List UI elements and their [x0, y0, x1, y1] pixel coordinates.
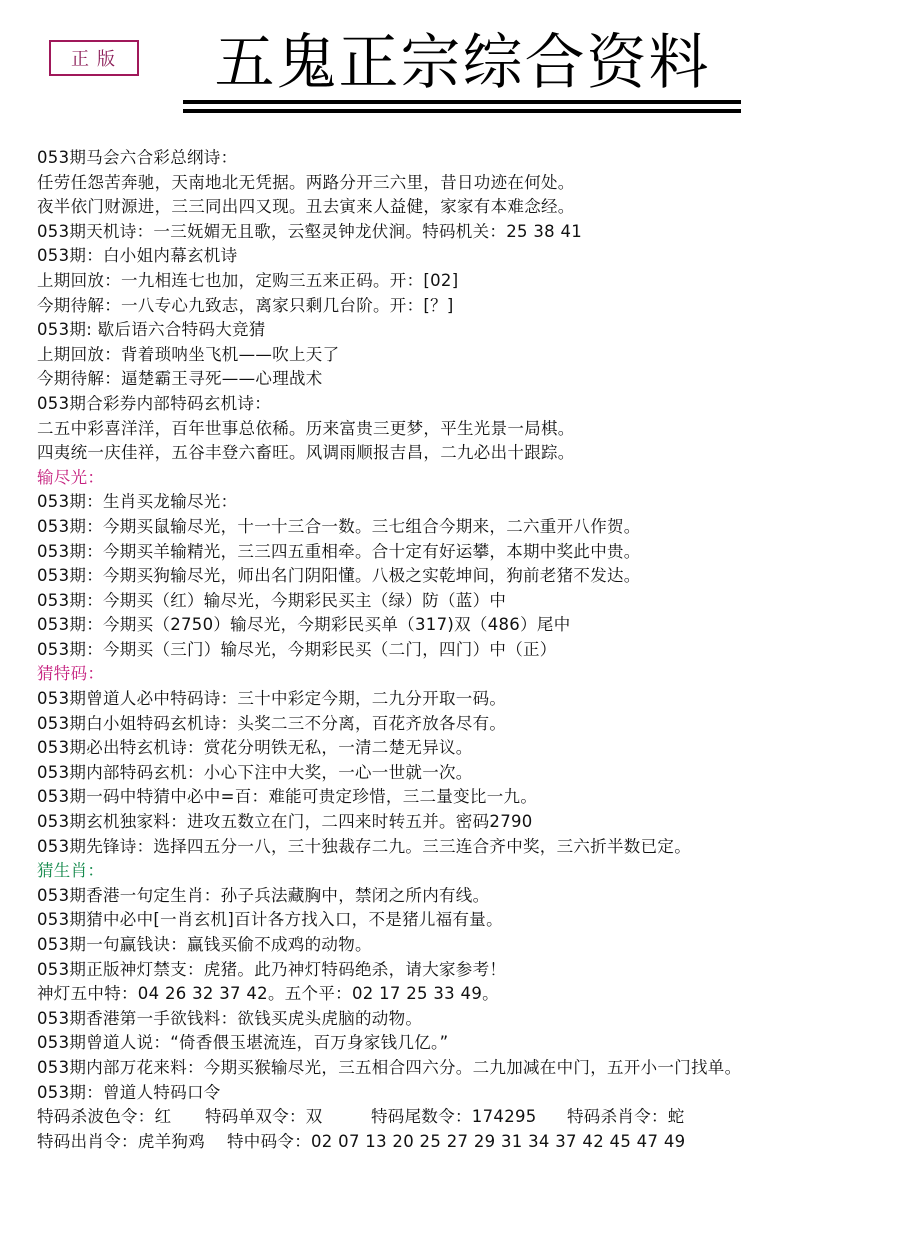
text-line: 053期正版神灯禁支：虎猪。此乃神灯特码绝杀，请大家参考！: [37, 958, 887, 983]
text-line: 四夷统一庆佳祥，五谷丰登六畜旺。风调雨顺报吉昌，二九必出十跟踪。: [37, 441, 887, 466]
text-line: 053期先锋诗：选择四五分一八，三十独裁存二九。三三连合齐中奖，三六折半数已定。: [37, 835, 887, 860]
text-line: 053期猜中必中[一肖玄机]百计各方找入口，不是猪儿福有量。: [37, 908, 887, 933]
text-line: 053期：今期买羊输精光，三三四五重相牵。合十定有好运攀，本期中奖此中贵。: [37, 540, 887, 565]
page-title: 五鬼正宗综合资料: [185, 28, 740, 98]
text-line: 053期：今期买（红）输尽光，今期彩民买主（绿）防（蓝）中: [37, 589, 887, 614]
command-item: 特码杀肖令：蛇: [567, 1105, 717, 1130]
text-line: 053期玄机独家料：进攻五数立在门，二四来时转五并。密码2790: [37, 810, 887, 835]
text-line: 053期曾道人必中特码诗：三十中彩定今期，二九分开取一码。: [37, 687, 887, 712]
text-line: 神灯五中特：04 26 32 37 42。五个平：02 17 25 33 49。: [37, 982, 887, 1007]
text-line: 053期内部万花来料：今期买猴输尽光，三五相合四六分。二九加减在中门，五开小一门…: [37, 1056, 887, 1081]
text-line: 今期待解：一八专心九致志，离家只剩几台阶。开：[？]: [37, 294, 887, 319]
command-item: 特中码令：02 07 13 20 25 27 29 31 34 37 42 45…: [227, 1130, 787, 1155]
text-line: 上期回放：一九相连七也加，定购三五来正码。开：[02]: [37, 269, 887, 294]
command-row: 特码杀波色令：红特码单双令：双特码尾数令：174295特码杀肖令：蛇: [37, 1105, 887, 1130]
text-line: 今期待解：逼楚霸王寻死——心理战术: [37, 367, 887, 392]
text-line: 053期香港第一手欲钱料：欲钱买虎头虎脑的动物。: [37, 1007, 887, 1032]
text-line: 053期一句赢钱诀：赢钱买偷不成鸡的动物。: [37, 933, 887, 958]
official-badge: 正版: [49, 40, 139, 76]
text-line: 053期：白小姐内幕玄机诗: [37, 244, 887, 269]
text-line: 053期合彩券内部特码玄机诗：: [37, 392, 887, 417]
text-line: 053期马会六合彩总纲诗：: [37, 146, 887, 171]
text-line: 053期内部特码玄机：小心下注中大奖，一心一世就一次。: [37, 761, 887, 786]
text-line: 053期必出特玄机诗：赏花分明铁无私，一清二楚无异议。: [37, 736, 887, 761]
command-row: 特码出肖令：虎羊狗鸡特中码令：02 07 13 20 25 27 29 31 3…: [37, 1130, 887, 1155]
text-line: 053期：生肖买龙输尽光：: [37, 490, 887, 515]
command-item: 特码杀波色令：红: [37, 1105, 205, 1130]
text-line: 任劳任怨苦奔驰，天南地北无凭据。两路分开三六里，昔日功迹在何处。: [37, 171, 887, 196]
section-heading: 输尽光：: [37, 466, 887, 491]
content-body: 053期马会六合彩总纲诗：任劳任怨苦奔驰，天南地北无凭据。两路分开三六里，昔日功…: [37, 146, 887, 1154]
text-line: 二五中彩喜洋洋，百年世事总依稀。历来富贵三更梦，平生光景一局棋。: [37, 417, 887, 442]
text-line: 053期：今期买鼠输尽光，十一十三合一数。三七组合今期来，二六重开八作贺。: [37, 515, 887, 540]
section-heading: 猜生肖：: [37, 859, 887, 884]
command-item: 特码出肖令：虎羊狗鸡: [37, 1130, 227, 1155]
section-heading: 猜特码：: [37, 662, 887, 687]
text-line: 053期：曾道人特码口令: [37, 1081, 887, 1106]
text-line: 053期白小姐特码玄机诗：头奖二三不分离，百花齐放各尽有。: [37, 712, 887, 737]
text-line: 夜半依门财源进，三三同出四又现。丑去寅来人益健，家家有本难念经。: [37, 195, 887, 220]
text-line: 053期：今期买（三门）输尽光，今期彩民买（二门，四门）中（正）: [37, 638, 887, 663]
text-line: 053期曾道人说：“倚香偎玉堪流连，百万身家钱几亿。”: [37, 1031, 887, 1056]
text-line: 053期香港一句定生肖：孙子兵法藏胸中，禁闭之所内有线。: [37, 884, 887, 909]
title-underline-top: [183, 100, 741, 104]
text-line: 053期：今期买狗输尽光，师出名门阴阳懂。八极之实乾坤间，狗前老猪不发达。: [37, 564, 887, 589]
text-line: 053期: 歇后语六合特码大竞猜: [37, 318, 887, 343]
text-line: 053期：今期买（2750）输尽光，今期彩民买单（317)双（486）尾中: [37, 613, 887, 638]
text-line: 053期天机诗：一三妩媚无且歌，云壑灵钟龙伏涧。特码机关：25 38 41: [37, 220, 887, 245]
command-item: 特码单双令：双: [205, 1105, 371, 1130]
text-line: 上期回放：背着琐呐坐飞机——吹上天了: [37, 343, 887, 368]
text-line: 053期一码中特猜中必中=百：难能可贵定珍惜，三二量变比一九。: [37, 785, 887, 810]
title-underline-bottom: [183, 109, 741, 113]
command-item: 特码尾数令：174295: [371, 1105, 567, 1130]
